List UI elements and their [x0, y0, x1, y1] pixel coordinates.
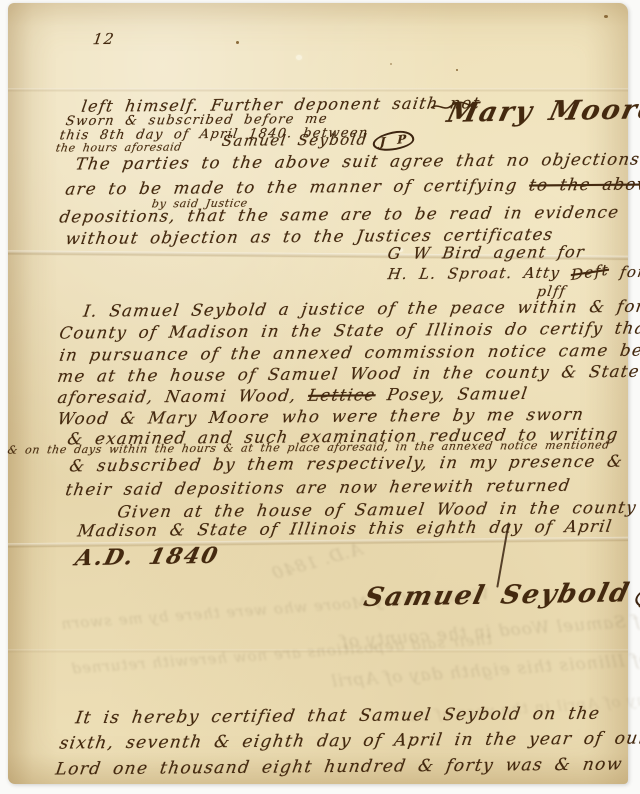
- ink-speck: [390, 63, 392, 65]
- deponent-signature: Mary Moore: [444, 94, 640, 129]
- ink-speck: [236, 41, 239, 44]
- struck-name: Lettice: [307, 385, 377, 405]
- attorney-for: for: [619, 263, 640, 281]
- scanned-document-screenshot: { "document_type": "scanned handwritten …: [0, 0, 640, 794]
- page-number: 12: [92, 30, 116, 48]
- jurat-line: the hours aforesaid: [55, 140, 183, 154]
- fold-crease: [8, 88, 628, 92]
- justice-name: Samuel Seybold: [361, 578, 634, 613]
- struck-word: Deft: [571, 261, 609, 284]
- date-line: A.D. 1840: [73, 543, 222, 571]
- justice-name: Samuel Seybold: [221, 131, 369, 150]
- paper-flaw: [296, 55, 302, 60]
- justice-signature-main: Samuel SeyboldJ P: [361, 577, 640, 614]
- ink-speck: [604, 15, 608, 18]
- agent-signature: G W Bird agent for: [386, 242, 586, 263]
- attorney-signature: H. L. Sproat. Atty Deft for: [386, 263, 640, 283]
- certificate-line5-text2: Posey, Samuel: [374, 384, 529, 404]
- justice-initials-seal: J P: [373, 129, 415, 153]
- attorney-name: H. L. Sproat. Atty: [386, 264, 561, 284]
- struck-words: to the above: [528, 174, 640, 194]
- justice-initials-seal: J P: [633, 578, 640, 612]
- justice-signature: Samuel SeyboldJ P: [220, 130, 416, 152]
- stipulation-line2-text: are to be made to the manner of certifyi…: [64, 176, 530, 199]
- certificate-line5-text: aforesaid, Naomi Wood,: [56, 386, 309, 407]
- ink-speck: [456, 69, 458, 71]
